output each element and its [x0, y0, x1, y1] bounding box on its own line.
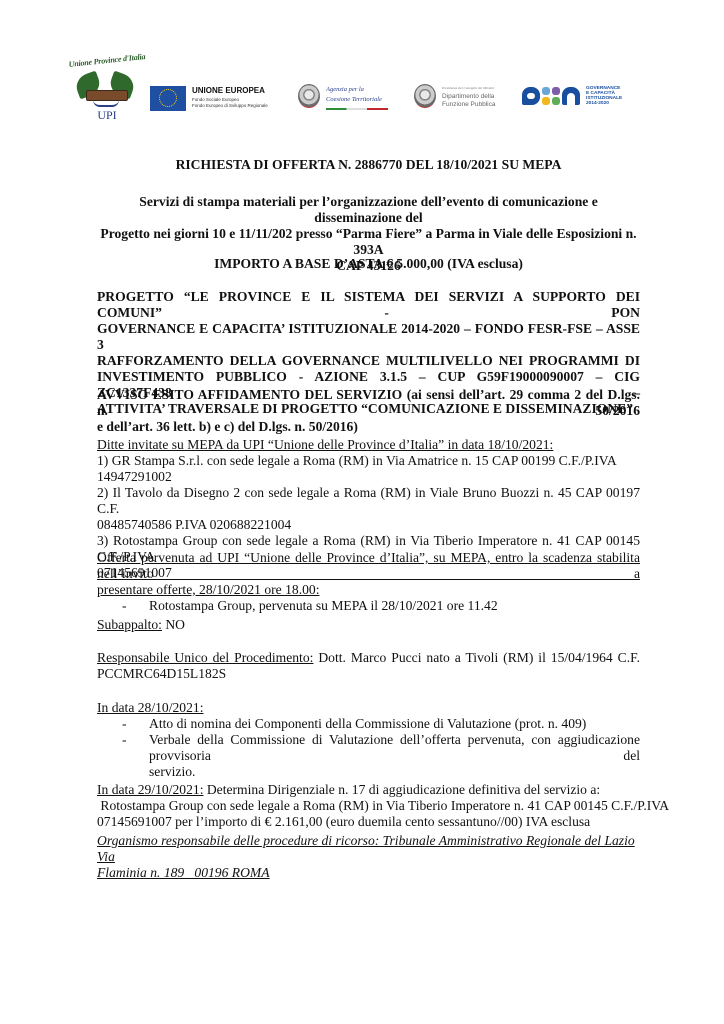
date-28-item-text-continued: servizio.: [149, 764, 640, 780]
rup-fiscal-code: PCCMRC64D15L182S: [97, 666, 640, 682]
rup-section: Responsabile Unico del Procedimento: Dot…: [97, 650, 640, 682]
pon-letter-n-icon: [562, 87, 580, 105]
date-29-label: In data 29/10/2021:: [97, 782, 203, 797]
eu-flag-icon: [150, 86, 186, 111]
date-29-awardee: Rotostampa Group con sede legale a Roma …: [97, 798, 640, 814]
received-offer-heading: presentare offerte, 28/10/2021 ore 18.00…: [97, 582, 640, 598]
date-28-item: - Verbale della Commissione di Valutazio…: [97, 732, 640, 780]
eu-logo-title: UNIONE EUROPEA: [192, 86, 265, 95]
rup-label: Responsabile Unico del Procedimento:: [97, 650, 313, 665]
invited-company-item-continued: 08485740586 P.IVA 020688221004: [97, 517, 640, 533]
pon-letter-o-icon: [542, 87, 560, 105]
eu-logo: UNIONE EUROPEA Fondo Sociale Europeo Fon…: [150, 86, 290, 114]
received-offer-section: Offerta pervenuta ad UPI “Unione delle P…: [97, 550, 640, 614]
document-title-text: RICHIESTA DI OFFERTA N. 2886770 DEL 18/1…: [97, 157, 640, 173]
italian-emblem-icon: [298, 84, 320, 108]
logo-header: Unione Province d'Italia UPI UNIONE EURO…: [64, 56, 664, 130]
date-28-heading: In data 28/10/2021:: [97, 700, 640, 716]
eu-logo-line2: Fondo Europeo di Sviluppo Regionale: [192, 103, 268, 108]
received-offer-item: - Rotostampa Group, pervenuta su MEPA il…: [97, 598, 640, 614]
base-amount: IMPORTO A BASE D’ASTA € 5.000,00 (IVA es…: [97, 256, 640, 272]
appeal-body-line: Organismo responsabile delle procedure d…: [97, 833, 640, 865]
invited-companies-heading: Ditte invitate su MEPA da UPI “Unione de…: [97, 437, 640, 453]
bullet-dash: -: [122, 598, 127, 614]
award-notice-line: e dell’art. 36 lett. b) e c) del D.lgs. …: [97, 419, 640, 435]
base-amount-text: IMPORTO A BASE D’ASTA € 5.000,00 (IVA es…: [97, 256, 640, 272]
funzione-logo-small: Presidenza del Consiglio dei Ministri: [442, 86, 494, 90]
pon-letter-p-icon: [522, 87, 540, 105]
pon-logo: GOVERNANCE E CAPACITÀ ISTITUZIONALE 2014…: [520, 84, 650, 114]
agenzia-logo-line1: Agenzia per la: [326, 86, 364, 93]
funzione-logo-line1: Dipartimento della: [442, 93, 494, 100]
upi-logo-arc-text: Unione Province d'Italia: [66, 52, 148, 70]
project-line: PROGETTO “LE PROVINCE E IL SISTEMA DEI S…: [97, 289, 640, 321]
appeal-body-line: Flaminia n. 189 00196 ROMA: [97, 865, 640, 881]
award-notice-heading: AVVISO ESITO AFFIDAMENTO DEL SERVIZIO (a…: [97, 387, 640, 435]
document-title: RICHIESTA DI OFFERTA N. 2886770 DEL 18/1…: [97, 157, 640, 173]
crown-icon: [86, 90, 128, 101]
agenzia-coesione-logo: Agenzia per la Coesione Territoriale: [296, 82, 396, 116]
upi-logo: Unione Province d'Italia UPI: [64, 56, 150, 128]
tricolor-bar: [326, 108, 388, 110]
eu-stars-icon: [159, 89, 177, 107]
invited-company-item: 2) Il Tavolo da Disegno 2 con sede legal…: [97, 485, 640, 517]
bullet-dash: -: [122, 732, 127, 748]
date-28-item-text: Atto di nomina dei Componenti della Comm…: [149, 716, 586, 731]
award-notice-line: AVVISO ESITO AFFIDAMENTO DEL SERVIZIO (a…: [97, 387, 640, 419]
received-offer-text: Rotostampa Group, pervenuta su MEPA il 2…: [149, 598, 498, 613]
date-28-item-text: Verbale della Commissione di Valutazione…: [149, 732, 640, 764]
italian-emblem-icon: [414, 84, 436, 108]
upi-logo-label: UPI: [64, 108, 150, 123]
funzione-logo-line2: Funzione Pubblica: [442, 101, 495, 108]
appeal-body: Organismo responsabile delle procedure d…: [97, 833, 640, 881]
service-description-line: Servizi di stampa materiali per l’organi…: [97, 194, 640, 226]
eu-logo-line1: Fondo Sociale Europeo: [192, 97, 239, 102]
service-description-line: Progetto nei giorni 10 e 11/11/202 press…: [97, 226, 640, 258]
funzione-pubblica-logo: Presidenza del Consiglio dei Ministri Di…: [412, 82, 532, 116]
subcontracting-label: Subappalto:: [97, 617, 162, 632]
date-28-item: - Atto di nomina dei Componenti della Co…: [97, 716, 640, 732]
subcontracting-field: Subappalto: NO: [97, 617, 640, 633]
project-line: RAFFORZAMENTO DELLA GOVERNANCE MULTILIVE…: [97, 353, 640, 369]
project-line: GOVERNANCE E CAPACITA’ ISTITUZIONALE 201…: [97, 321, 640, 353]
date-28-section: In data 28/10/2021: - Atto di nomina dei…: [97, 700, 640, 780]
date-29-amount: 07145691007 per l’importo di € 2.161,00 …: [97, 814, 640, 830]
bullet-dash: -: [122, 716, 127, 732]
pon-label-line4: 2014-2020: [586, 101, 609, 106]
subcontracting-value: NO: [162, 617, 185, 632]
invited-company-item: 1) GR Stampa S.r.l. con sede legale a Ro…: [97, 453, 640, 485]
received-offer-heading: Offerta pervenuta ad UPI “Unione delle P…: [97, 550, 640, 582]
date-29-section: In data 29/10/2021: Determina Dirigenzia…: [97, 782, 640, 830]
agenzia-logo-line2: Coesione Territoriale: [326, 96, 382, 103]
document-page: Unione Province d'Italia UPI UNIONE EURO…: [0, 0, 724, 1024]
date-29-text: Determina Dirigenziale n. 17 di aggiudic…: [203, 782, 600, 797]
rup-value: Dott. Marco Pucci nato a Tivoli (RM) il …: [313, 650, 640, 665]
